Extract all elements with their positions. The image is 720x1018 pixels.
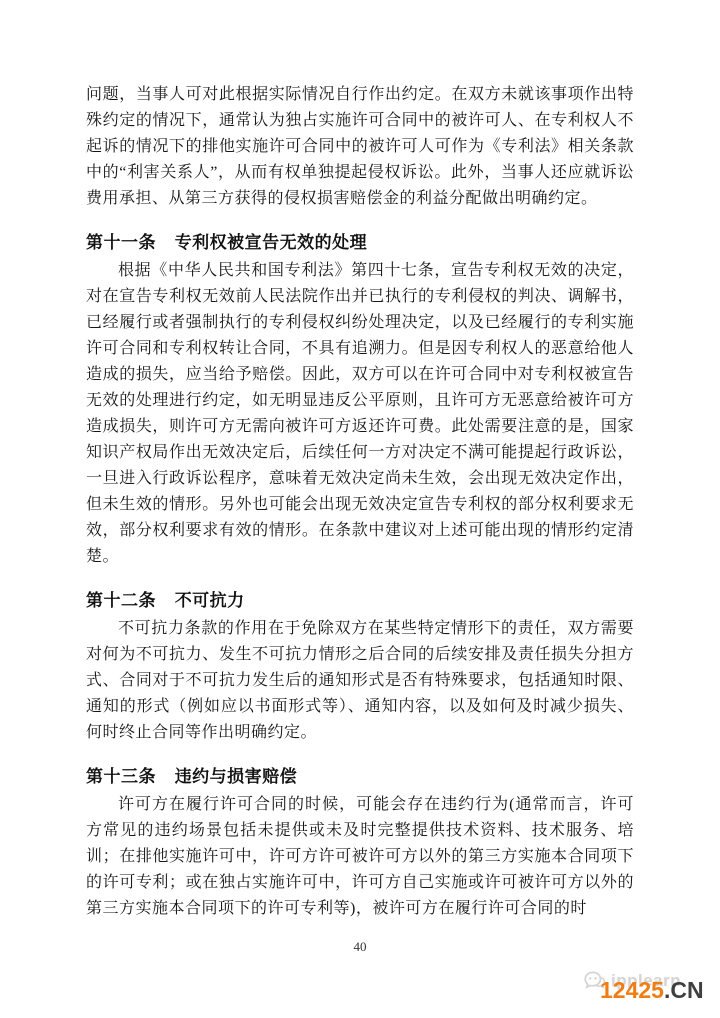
document-page: 问题，当事人可对此根据实际情况自行作出约定。在双方未就该事项作出特殊约定的情况下… [0, 0, 720, 1018]
section-body: 许可方在履行许可合同的时候，可能会存在违约行为(通常而言，许可方常见的违约场景包… [86, 792, 634, 922]
section-title: 不可抗力 [175, 591, 245, 610]
section-article-13: 第十三条违约与损害赔偿 许可方在履行许可合同的时候，可能会存在违约行为(通常而言… [86, 764, 634, 922]
section-title: 违约与损害赔偿 [175, 767, 298, 786]
watermark-site-suffix: .CN [664, 977, 704, 1003]
section-number: 第十二条 [86, 591, 156, 610]
section-article-11: 第十一条专利权被宣告无效的处理 根据《中华人民共和国专利法》第四十七条，宣告专利… [86, 230, 634, 570]
document-content: 问题，当事人可对此根据实际情况自行作出约定。在双方未就该事项作出特殊约定的情况下… [86, 82, 634, 922]
section-heading: 第十三条违约与损害赔偿 [86, 764, 634, 790]
page-number: 40 [354, 939, 367, 954]
section-body: 不可抗力条款的作用在于免除双方在某些特定情形下的责任，双方需要对何为不可抗力、发… [86, 616, 634, 746]
section-title: 专利权被宣告无效的处理 [175, 233, 368, 252]
watermark-site-number: 12425 [600, 977, 664, 1003]
watermark-site-text: 12425.CN [600, 978, 704, 1002]
section-article-12: 第十二条不可抗力 不可抗力条款的作用在于免除双方在某些特定情形下的责任，双方需要… [86, 588, 634, 746]
section-body: 根据《中华人民共和国专利法》第四十七条，宣告专利权无效的决定，对在宣告专利权无效… [86, 258, 634, 570]
section-heading: 第十二条不可抗力 [86, 588, 634, 614]
section-number: 第十三条 [86, 767, 156, 786]
intro-paragraph: 问题，当事人可对此根据实际情况自行作出约定。在双方未就该事项作出特殊约定的情况下… [86, 82, 634, 212]
section-heading: 第十一条专利权被宣告无效的处理 [86, 230, 634, 256]
watermark: ipplearn 12425.CN [556, 950, 712, 1008]
section-number: 第十一条 [86, 233, 156, 252]
